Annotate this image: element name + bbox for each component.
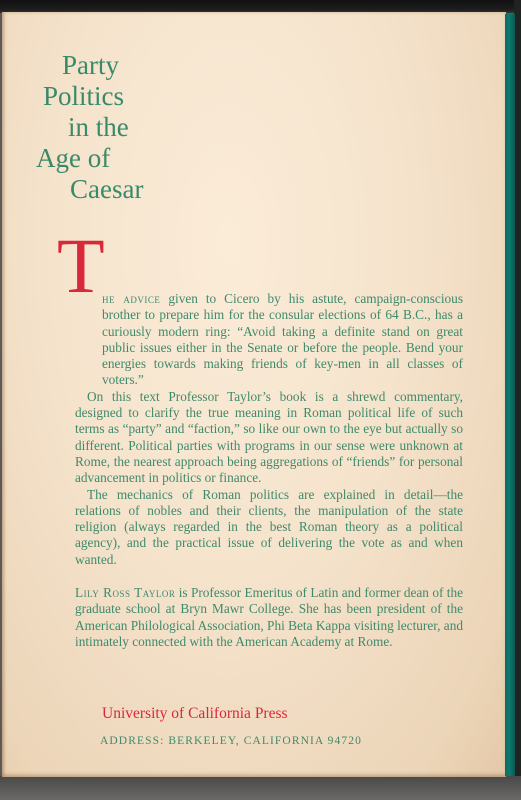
blurb: he advice given to Cicero by his astute,… <box>75 291 463 650</box>
title-line: Politics <box>30 81 143 112</box>
title-line: Party <box>30 50 143 81</box>
blurb-paragraph: The mechanics of Roman politics are expl… <box>75 487 463 568</box>
author-bio: Lily Ross Taylor is Professor Emeritus o… <box>75 585 463 650</box>
author-name: Lily Ross Taylor <box>75 585 175 600</box>
drop-cap: T <box>57 232 105 300</box>
title-line: Age of <box>30 143 143 174</box>
blurb-paragraph: On this text Professor Taylor’s book is … <box>75 389 463 487</box>
publisher-address: ADDRESS: BERKELEY, CALIFORNIA 94720 <box>100 735 362 747</box>
book-spine-edge <box>505 14 515 776</box>
publisher-name: University of California Press <box>102 705 288 723</box>
lead-smallcaps: he advice <box>102 291 160 306</box>
blurb-paragraph: he advice given to Cicero by his astute,… <box>75 291 463 389</box>
title-line: Caesar <box>30 174 143 205</box>
background-right-edge <box>514 0 521 800</box>
book-title: Party Politics in the Age of Caesar <box>30 50 143 205</box>
title-line: in the <box>30 112 143 143</box>
background-surface <box>0 776 521 800</box>
